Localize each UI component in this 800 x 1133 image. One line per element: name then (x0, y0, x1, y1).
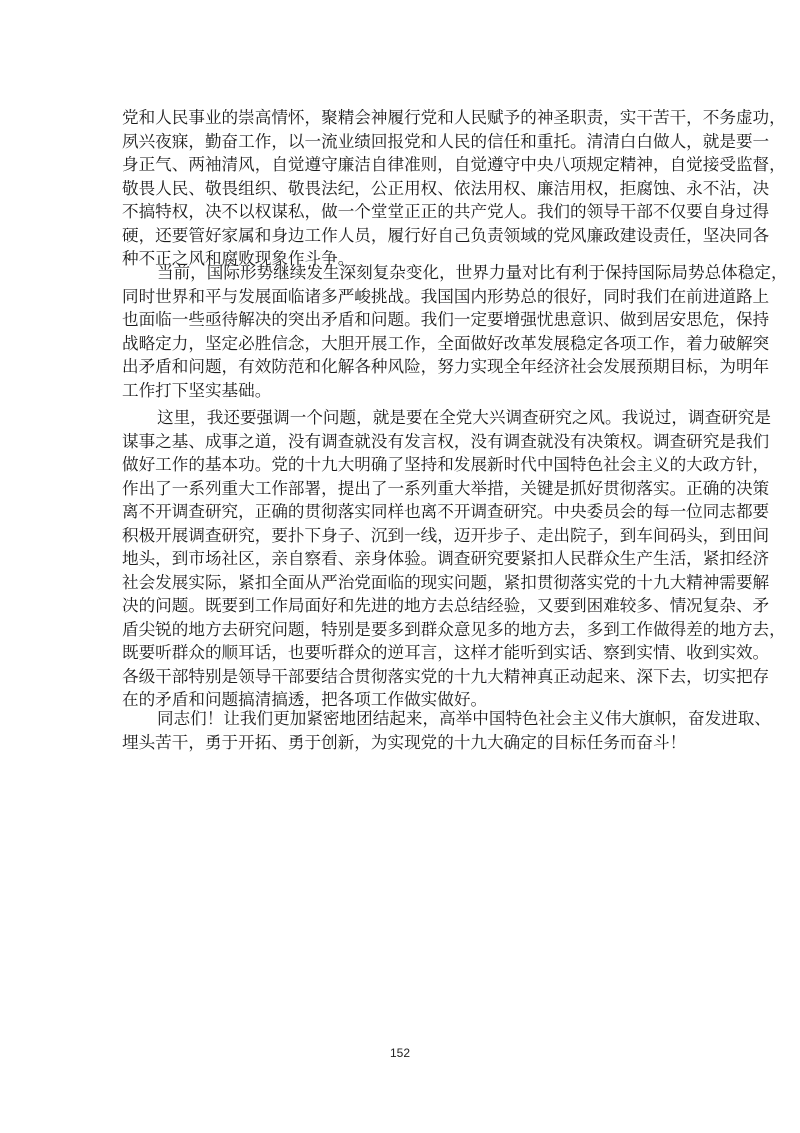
paragraph-line: 做好工作的基本功。党的十九大明确了坚持和发展新时代中国特色社会主义的大政方针， (122, 453, 680, 477)
paragraph-line: 战略定力，坚定必胜信念，大胆开展工作，全面做好改革发展稳定各项工作，着力破解突 (122, 332, 680, 356)
paragraph-3: 这里，我还要强调一个问题，就是要在全党大兴调查研究之风。我说过，调查研究是 谋事… (122, 406, 680, 712)
paragraph-line: 谋事之基、成事之道，没有调查就没有发言权，没有调查就没有决策权。调查研究是我们 (122, 430, 680, 454)
paragraph-line: 盾尖锐的地方去研究问题，特别是要多到群众意见多的地方去，多到工作做得差的地方去， (122, 618, 680, 642)
paragraph-line: 社会发展实际，紧扣全面从严治党面临的现实问题，紧扣贯彻落实党的十九大精神需要解 (122, 571, 680, 595)
paragraph-line: 也面临一些亟待解决的突出矛盾和问题。我们一定要增强忧患意识、做到居安思危，保持 (122, 308, 680, 332)
paragraph-line: 既要听群众的顺耳话，也要听群众的逆耳言，这样才能听到实话、察到实情、收到实效。 (122, 641, 680, 665)
paragraph-line: 离不开调查研究，正确的贯彻落实同样也离不开调查研究。中央委员会的每一位同志都要 (122, 500, 680, 524)
paragraph-line: 夙兴夜寐，勤奋工作，以一流业绩回报党和人民的信任和重托。清清白白做人，就是要一 (122, 130, 680, 154)
paragraph-line: 出矛盾和问题，有效防范和化解各种风险，努力实现全年经济社会发展预期目标，为明年 (122, 355, 680, 379)
paragraph-line: 作出了一系列重大工作部署，提出了一系列重大举措，关键是抓好贯彻落实。正确的决策 (122, 477, 680, 501)
paragraph-line: 各级干部特别是领导干部要结合贯彻落实党的十九大精神真正动起来、深下去，切实把存 (122, 665, 680, 689)
paragraph-line: 同时世界和平与发展面临诸多严峻挑战。我国国内形势总的很好，同时我们在前进道路上 (122, 285, 680, 309)
paragraph-line: 积极开展调查研究，要扑下身子、沉到一线，迈开步子、走出院子，到车间码头，到田间 (122, 524, 680, 548)
paragraph-line: 不搞特权，决不以权谋私，做一个堂堂正正的共产党人。我们的领导干部不仅要自身过得 (122, 200, 680, 224)
paragraph-line: 地头，到市场社区，亲自察看、亲身体验。调查研究要紧扣人民群众生产生活，紧扣经济 (122, 547, 680, 571)
document-page: 党和人民事业的崇高情怀，聚精会神履行党和人民赋予的神圣职责，实干苦干，不务虚功，… (0, 0, 800, 1133)
paragraph-line: 硬，还要管好家属和身边工作人员，履行好自己负责领域的党风廉政建设责任，坚决同各 (122, 224, 680, 248)
paragraph-4: 同志们！让我们更加紧密地团结起来，高举中国特色社会主义伟大旗帜，奋发进取、 埋头… (122, 707, 680, 754)
paragraph-line: 当前，国际形势继续发生深刻复杂变化，世界力量对比有利于保持国际局势总体稳定， (122, 261, 680, 285)
paragraph-line: 决的问题。既要到工作局面好和先进的地方去总结经验，又要到困难较多、情况复杂、矛 (122, 594, 680, 618)
paragraph-2: 当前，国际形势继续发生深刻复杂变化，世界力量对比有利于保持国际局势总体稳定， 同… (122, 261, 680, 402)
paragraph-1: 党和人民事业的崇高情怀，聚精会神履行党和人民赋予的神圣职责，实干苦干，不务虚功，… (122, 106, 680, 271)
paragraph-line: 同志们！让我们更加紧密地团结起来，高举中国特色社会主义伟大旗帜，奋发进取、 (122, 707, 680, 731)
paragraph-line: 这里，我还要强调一个问题，就是要在全党大兴调查研究之风。我说过，调查研究是 (122, 406, 680, 430)
paragraph-line: 埋头苦干，勇于开拓、勇于创新，为实现党的十九大确定的目标任务而奋斗！ (122, 731, 680, 755)
paragraph-line: 敬畏人民、敬畏组织、敬畏法纪，公正用权、依法用权、廉洁用权，拒腐蚀、永不沾，决 (122, 177, 680, 201)
paragraph-line: 党和人民事业的崇高情怀，聚精会神履行党和人民赋予的神圣职责，实干苦干，不务虚功， (122, 106, 680, 130)
page-number: 152 (0, 1046, 800, 1060)
paragraph-line: 工作打下坚实基础。 (122, 379, 680, 403)
paragraph-line: 身正气、两袖清风，自觉遵守廉洁自律准则，自觉遵守中央八项规定精神，自觉接受监督， (122, 153, 680, 177)
